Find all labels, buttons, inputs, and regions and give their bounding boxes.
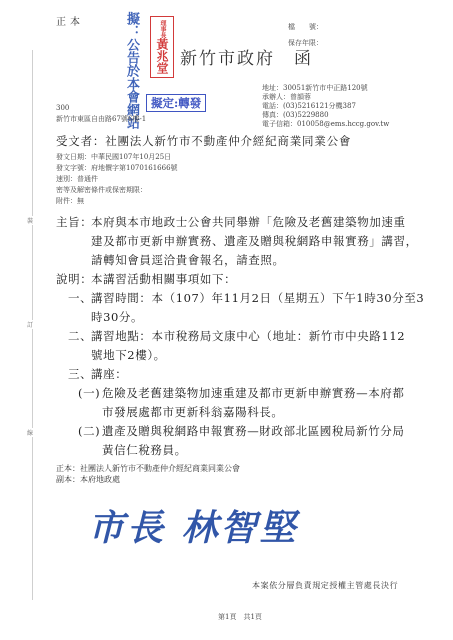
attachment: 附件：無	[56, 196, 84, 206]
email-address: 電子信箱：010058@ems.hccg.gov.tw	[262, 119, 389, 129]
page-number: 第1頁 共1頁	[218, 612, 262, 622]
delivery-speed: 速別：普通件	[56, 174, 98, 184]
item-1-line-1: 講習時間：本（107）年11月2日（星期五）下午1時30分至3	[91, 290, 424, 306]
sub-item-1-number: (一)	[78, 385, 100, 401]
subject-line-3: 請轉知會員逕洽貴會報名，請查照。	[91, 252, 285, 268]
explanation-intro: 本講習活動相關事項如下：	[91, 271, 236, 287]
sub-item-2-line-2: 黃信仁稅務員。	[102, 442, 187, 458]
item-3-line-1: 講座：	[91, 366, 127, 382]
chairman-seal-stamp: 理事長黃兆堂	[150, 16, 174, 78]
mayor-signature: 市長 林智堅	[88, 500, 299, 551]
chairman-seal-title: 理事長	[152, 20, 172, 38]
original-recipient: 正本：社團法人新竹市不動產仲介經紀商業同業公會	[56, 463, 240, 474]
item-1-line-2: 時30分。	[91, 309, 143, 325]
sub-item-1-line-1: 危險及老舊建築物加速重建及都市更新申辦實務—本府都	[102, 385, 405, 401]
item-2-line-2: 號地下2樓）。	[91, 347, 166, 363]
recipient-address: 新竹市東區自由路67號6樓-1	[56, 114, 146, 124]
copy-type-label: 正本	[56, 13, 84, 28]
subject-label: 主旨：	[56, 214, 92, 230]
sub-item-1-line-2: 市發展處都市更新科翁嘉陽科長。	[102, 404, 284, 420]
subject-line-2: 建及都市更新申辦實務、遺產及贈與稅網路申報實務」講習，	[91, 233, 418, 249]
item-3-number: 三、	[68, 366, 92, 382]
recipient-postal-code: 300	[56, 104, 69, 112]
sub-item-2-line-1: 遺產及贈與稅網路申報實務—財政部北區國稅局新竹分局	[102, 423, 405, 439]
item-2-line-1: 講習地點：本市稅務局文康中心（地址：新竹市中央路112	[91, 328, 405, 344]
binding-mark-xian: 線	[27, 428, 33, 437]
decision-stamp: 擬定:轉發	[146, 94, 206, 112]
chairman-seal-name: 黃兆堂	[152, 38, 172, 74]
document-number: 發文字號：府地價字第1070161666號	[56, 163, 178, 173]
issue-date: 發文日期：中華民國107年10月25日	[56, 152, 171, 162]
item-1-number: 一、	[68, 290, 92, 306]
copy-recipient: 副本：本府地政處	[56, 474, 120, 485]
explanation-label: 說明：	[56, 271, 92, 287]
item-2-number: 二、	[68, 328, 92, 344]
addressee: 受文者：社團法人新竹市不動產仲介經紀商業同業公會	[56, 133, 351, 149]
authorization-note: 本案依分層負責規定授權主管處長決行	[252, 580, 398, 591]
subject-line-1: 本府與本市地政士公會共同舉辦「危險及老舊建築物加速重	[91, 214, 406, 230]
document-title: 新竹市政府 函	[180, 44, 313, 69]
binding-mark-zhuang: 裝	[27, 216, 33, 225]
publish-note-stamp: 擬：公告於本會網站	[122, 12, 138, 129]
binding-mark-ding: 訂	[27, 320, 33, 329]
security-level: 密等及解密條件或保密期限：	[56, 185, 147, 195]
file-number-label: 檔 號：	[288, 22, 323, 32]
sub-item-2-number: (二)	[78, 423, 100, 439]
